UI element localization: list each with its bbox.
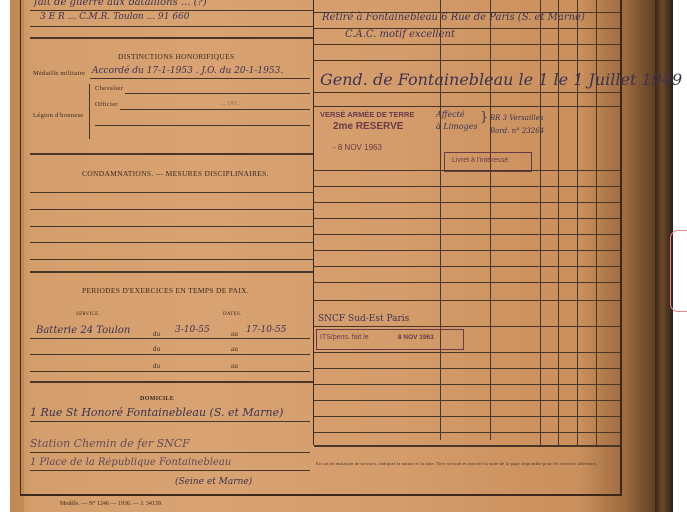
domicile-line-3: 1 Place de la République Fontainebleau	[30, 457, 231, 468]
handwritten-br-versailles: BR 3 Versailles	[490, 114, 543, 122]
au-label: au	[231, 330, 238, 338]
du-label: du	[153, 330, 161, 338]
printer-footer: Modèle. — N° 1246 — 1936. — J. 34139.	[60, 501, 162, 507]
rule	[30, 26, 313, 27]
rule	[90, 78, 310, 79]
section-rule	[30, 381, 313, 383]
rule	[30, 192, 313, 193]
rule	[30, 421, 310, 422]
rule	[314, 250, 620, 251]
rule	[314, 400, 620, 401]
rule	[314, 60, 620, 61]
medaille-militaire-value: Accordé du 17-1-1953 . J.O. du 20-1-1953…	[92, 66, 283, 76]
section-rule	[30, 37, 313, 39]
frame-left-border	[20, 0, 21, 495]
rule	[30, 242, 313, 243]
rule	[314, 300, 620, 301]
col-service-label: SERVICE.	[76, 312, 100, 317]
rule	[314, 416, 620, 417]
rule	[314, 44, 620, 45]
rule	[314, 352, 620, 353]
rule	[314, 266, 620, 267]
condamnations-heading: CONDAMNATIONS. — MESURES DISCIPLINAIRES.	[82, 169, 269, 178]
periode-service: Batterie 24 Toulon	[36, 325, 130, 336]
rule	[314, 106, 620, 107]
rule	[30, 338, 310, 339]
right-line-3-gendarmerie: Gend. de Fontainebleau le 1 le 1 Juillet…	[320, 70, 682, 89]
rule	[314, 170, 620, 171]
domicile-line-1: 1 Rue St Honoré Fontainebleau (S. et Mar…	[30, 406, 283, 419]
rule	[314, 368, 620, 369]
section-rule	[30, 153, 313, 155]
bottom-note: En cas de mutation de services, indiquer…	[316, 461, 616, 466]
rule	[314, 218, 620, 219]
chevalier-label: Chevalier	[95, 85, 123, 92]
col-line	[540, 0, 541, 445]
officier-faint-value: ... 193 .	[220, 101, 241, 107]
stamp-livret: Livret à l'intéressé	[452, 157, 508, 164]
medaille-militaire-label: Médaille militaire	[33, 70, 85, 77]
col-line	[596, 0, 597, 445]
periode-au: 17-10-55	[246, 325, 286, 335]
frame-bottom-border	[20, 494, 620, 496]
periodes-heading: PERIODES D'EXERCICES EN TEMPS DE PAIX.	[82, 286, 249, 295]
stamp-verse-date: - 8 NOV 1963	[333, 143, 382, 152]
du-label: du	[153, 362, 161, 370]
handwritten-bordereau: Bord. n° 23264	[490, 127, 544, 135]
officier-label: Officier	[95, 101, 118, 108]
handwritten-top-line-2: 3 E R ... C.M.R. Toulon ... 91 660	[40, 12, 190, 22]
bracket: }	[480, 110, 488, 125]
col-line	[577, 0, 578, 445]
au-label: au	[231, 362, 238, 370]
rule	[30, 259, 313, 260]
rule	[314, 202, 620, 203]
col-line	[490, 0, 491, 440]
rule	[30, 226, 313, 227]
right-line-2: C.A.C. motif excellent	[345, 29, 455, 40]
domicile-line-4: (Seine et Marne)	[175, 477, 252, 487]
stamp-pension: ITS/pens. fait le	[320, 334, 369, 341]
legion-honneur-label: Légion d'honneur	[33, 112, 84, 119]
rule	[314, 186, 620, 187]
rule	[314, 326, 620, 327]
rule	[30, 452, 310, 453]
periode-du: 3-10-55	[175, 325, 210, 335]
right-line-1: Retiré à Fontainebleau 6 Rue de Paris (S…	[322, 12, 585, 23]
section-rule	[30, 271, 313, 273]
au-label: au	[231, 345, 238, 353]
red-seal-stamp	[670, 230, 687, 312]
column-divider	[313, 0, 314, 445]
stamp-verse-line-1: VERSÉ ARMÉE DE TERRE	[320, 110, 414, 119]
stamp-pension-date: 8 NOV 1963	[398, 334, 434, 341]
rule	[30, 354, 310, 355]
rule	[314, 92, 620, 93]
page-left-edge	[10, 0, 24, 512]
rule	[314, 432, 620, 433]
legion-bracket	[89, 84, 90, 139]
handwritten-limoges: à Limoges	[436, 122, 478, 131]
col-line	[440, 0, 441, 440]
stamp-verse-line-2: 2me RESERVE	[333, 121, 403, 132]
col-dates-label: DATES.	[223, 312, 242, 317]
domicile-line-2: Station Chemin de fer SNCF	[30, 437, 190, 450]
rule	[125, 93, 310, 94]
rule	[30, 470, 310, 471]
distinctions-heading: DISTINCTIONS HONORIFIQUES	[118, 52, 234, 61]
sncf-line: SNCF Sud-Est Paris	[318, 314, 409, 324]
rule	[30, 10, 313, 11]
rule	[95, 125, 310, 126]
rule	[314, 234, 620, 235]
section-rule	[314, 445, 620, 447]
domicile-heading: DOMICILE	[140, 396, 174, 402]
rule	[120, 109, 310, 110]
rule	[314, 384, 620, 385]
rule	[314, 282, 620, 283]
col-line	[558, 0, 559, 445]
handwritten-affecte: Affecté	[436, 110, 465, 119]
handwritten-top-line-1: fait de guerre aux bataillons ... (?)	[34, 0, 207, 8]
du-label: du	[153, 345, 161, 353]
rule	[30, 209, 313, 210]
rule	[30, 371, 310, 372]
